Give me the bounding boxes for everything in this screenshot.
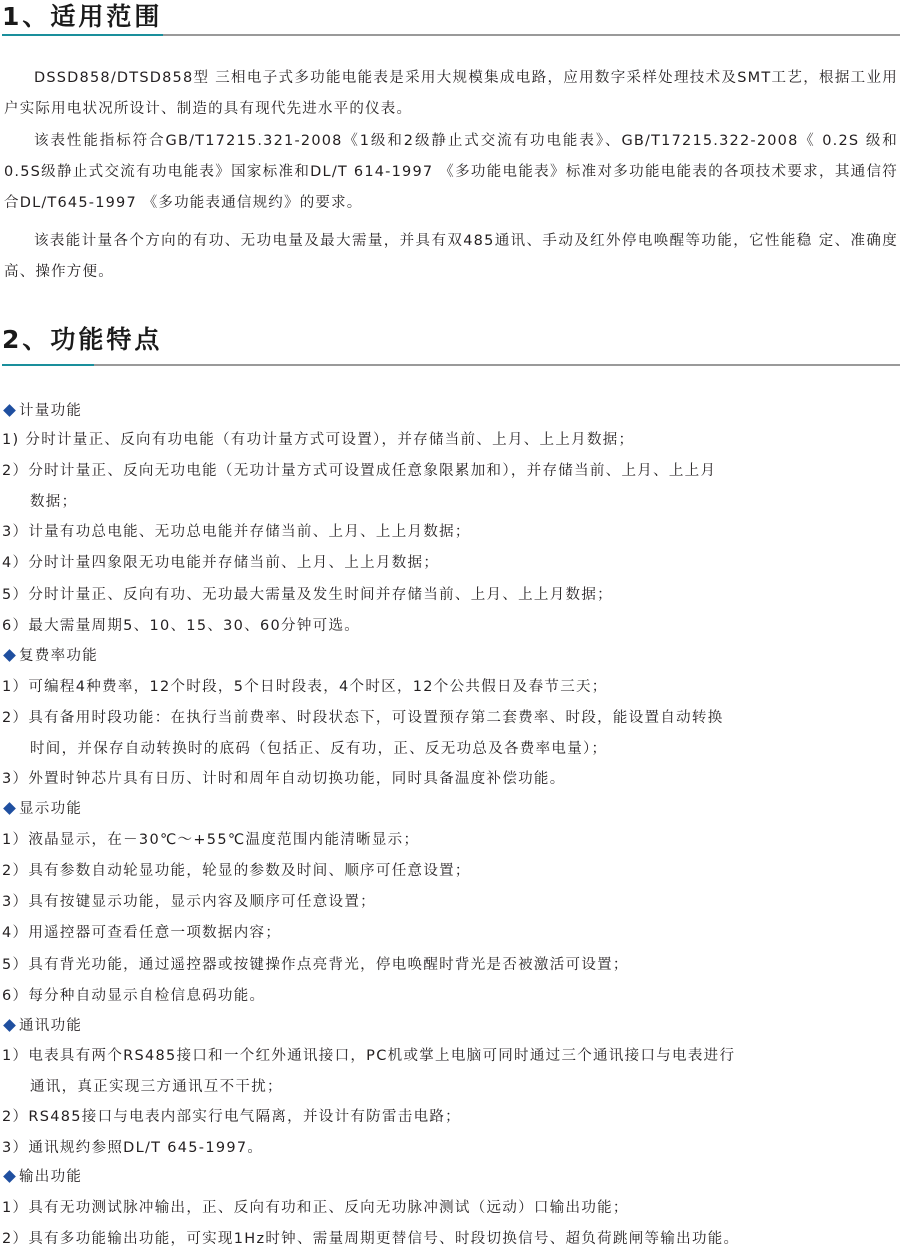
section-divider: [2, 34, 900, 36]
scope-paragraph-2: 该表性能指标符合GB/T17215.321-2008《1级和2级静止式交流有功电…: [4, 126, 898, 219]
list-item: 6）每分种自动显示自检信息码功能。: [2, 986, 265, 1006]
group-heading-metering: 计量功能: [2, 401, 82, 421]
list-item: 4）分时计量四象限无功电能并存储当前、上月、上上月数据；: [2, 553, 439, 573]
group-heading-label: 输出功能: [19, 1169, 82, 1185]
list-item: 5）分时计量正、反向有功、无功最大需量及发生时间并存储当前、上月、上上月数据；: [2, 585, 613, 605]
list-item: 3）计量有功总电能、无功总电能并存储当前、上月、上上月数据；: [2, 522, 471, 542]
list-item: 3）具有按键显示功能，显示内容及顺序可任意设置；: [2, 892, 376, 912]
section-title-features: 2、功能特点: [2, 325, 162, 355]
section-divider-accent: [2, 364, 94, 366]
group-heading-communication: 通讯功能: [2, 1016, 82, 1036]
diamond-bullet-icon: [3, 404, 16, 417]
list-item: 3）通讯规约参照DL/T 645-1997。: [2, 1138, 263, 1158]
list-item: 1）液晶显示，在－30℃～+55℃温度范围内能清晰显示；: [2, 830, 419, 850]
list-item: 2）具有多功能输出功能，可实现1Hz时钟、需量周期更替信号、时段切换信号、超负荷…: [2, 1229, 739, 1249]
list-item-continuation: 数据；: [30, 492, 77, 512]
group-heading-label: 计量功能: [19, 403, 82, 419]
group-heading-output: 输出功能: [2, 1167, 82, 1187]
list-item: 2）RS485接口与电表内部实行电气隔离，并设计有防雷击电路；: [2, 1107, 461, 1127]
list-item: 1）电表具有两个RS485接口和一个红外通讯接口，PC机或掌上电脑可同时通过三个…: [2, 1046, 735, 1066]
scope-paragraph-1: DSSD858/DTSD858型 三相电子式多功能电能表是采用大规模集成电路，应…: [4, 63, 898, 125]
section-divider-accent: [2, 34, 163, 36]
list-item: 2）具有备用时段功能：在执行当前费率、时段状态下，可设置预存第二套费率、时段，能…: [2, 708, 724, 728]
list-item: 2）具有参数自动轮显功能，轮显的参数及时间、顺序可任意设置；: [2, 861, 471, 881]
list-item: 2）分时计量正、反向无功电能（无功计量方式可设置成任意象限累加和），并存储当前、…: [2, 461, 716, 481]
group-heading-multi-tariff: 复费率功能: [2, 646, 98, 666]
list-item: 4）用遥控器可查看任意一项数据内容；: [2, 923, 281, 943]
diamond-bullet-icon: [3, 802, 16, 815]
section-title-scope: 1、适用范围: [2, 2, 162, 32]
list-item: 1）可编程4种费率，12个时段，5个日时段表，4个时区，12个公共假日及春节三天…: [2, 677, 608, 697]
diamond-bullet-icon: [3, 1019, 16, 1032]
group-heading-label: 通讯功能: [19, 1018, 82, 1034]
list-item-continuation: 时间，并保存自动转换时的底码（包括正、反有功，正、反无功总及各费率电量）；: [30, 739, 607, 759]
diamond-bullet-icon: [3, 649, 16, 662]
list-item: 1）具有无功测试脉冲输出，正、反向有功和正、反向无功脉冲测试（远动）口输出功能；: [2, 1198, 629, 1218]
scope-paragraph-3: 该表能计量各个方向的有功、无功电量及最大需量，并具有双485通讯、手动及红外停电…: [4, 226, 898, 288]
list-item-continuation: 通讯，真正实现三方通讯互不干扰；: [30, 1077, 283, 1097]
group-heading-label: 显示功能: [19, 801, 82, 817]
list-item: 5）具有背光功能，通过遥控器或按键操作点亮背光，停电唤醒时背光是否被激活可设置；: [2, 955, 629, 975]
section-divider: [2, 364, 900, 366]
group-heading-label: 复费率功能: [19, 648, 98, 664]
group-heading-display: 显示功能: [2, 799, 82, 819]
list-item: 1) 分时计量正、反向有功电能（有功计量方式可设置），并存储当前、上月、上上月数…: [2, 430, 634, 450]
diamond-bullet-icon: [3, 1170, 16, 1183]
list-item: 6）最大需量周期5、10、15、30、60分钟可选。: [2, 616, 360, 636]
list-item: 3）外置时钟芯片具有日历、计时和周年自动切换功能，同时具备温度补偿功能。: [2, 769, 566, 789]
